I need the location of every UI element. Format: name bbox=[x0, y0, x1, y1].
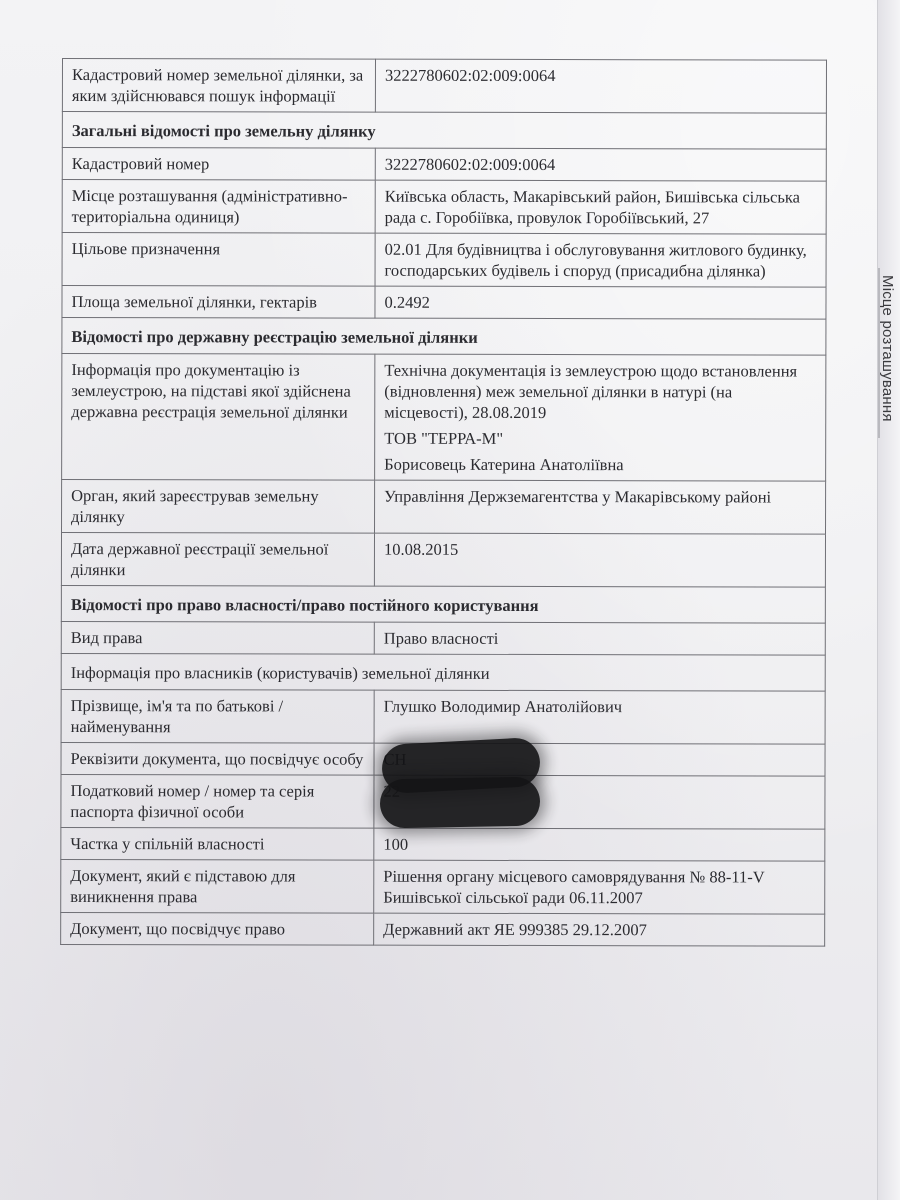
table-row: Місце розташування (адміністративно-тери… bbox=[62, 180, 826, 235]
value-line: Державний акт ЯЕ 999385 29.12.2007 bbox=[383, 919, 816, 941]
section-header: Відомості про державну реєстрацію земель… bbox=[62, 318, 826, 356]
value-line: Право власності bbox=[384, 628, 817, 650]
value-line: Борисовець Катерина Анатоліївна bbox=[384, 454, 817, 476]
adjacent-page-edge bbox=[877, 0, 900, 1200]
field-label: Частка у спільній власності bbox=[61, 827, 374, 860]
section-header-title: Відомості про державну реєстрацію земель… bbox=[62, 318, 826, 356]
field-label: Кадастровий номер bbox=[62, 148, 375, 181]
table-row: Орган, який зареєстрував земельну ділянк… bbox=[62, 480, 826, 535]
field-value: Технічна документація із землеустрою щод… bbox=[375, 354, 826, 481]
subsection-header: Інформація про власників (користувачів) … bbox=[61, 653, 825, 691]
field-label: Прізвище, ім'я та по батькові / найменув… bbox=[61, 689, 374, 743]
field-value: 100 bbox=[374, 828, 825, 861]
value-line: 02.01 Для будівництва і обслуговування ж… bbox=[385, 239, 818, 282]
table-row: Цільове призначення02.01 Для будівництва… bbox=[62, 233, 826, 288]
field-label: Вид права bbox=[61, 621, 374, 654]
value-line: Управління Держземагентства у Макарівськ… bbox=[384, 486, 817, 508]
field-label: Реквізити документа, що посвідчує особу bbox=[61, 742, 374, 775]
field-value-redacted: 22 bbox=[374, 775, 825, 829]
field-value: Право власності bbox=[374, 622, 825, 655]
table-row: Інформація про документацію із землеустр… bbox=[62, 354, 826, 482]
cadastral-info-table: Кадастровий номер земельної ділянки, за … bbox=[60, 58, 827, 947]
value-line: 22 bbox=[383, 781, 816, 803]
field-value: Державний акт ЯЕ 999385 29.12.2007 bbox=[374, 913, 825, 946]
field-value: Київська область, Макарівський район, Би… bbox=[375, 180, 826, 234]
table-row: Документ, що посвідчує правоДержавний ак… bbox=[61, 912, 825, 946]
field-label: Документ, що посвідчує право bbox=[61, 912, 374, 945]
field-value: 02.01 Для будівництва і обслуговування ж… bbox=[375, 233, 826, 287]
field-value: Рішення органу місцевого самоврядування … bbox=[374, 860, 825, 914]
table-row: Документ, який є підставою для виникненн… bbox=[61, 859, 825, 914]
field-value-redacted: СН bbox=[374, 743, 825, 776]
field-label: Дата державної реєстрації земельної діля… bbox=[61, 533, 374, 587]
search-value: 3222780602:02:009:0064 bbox=[375, 59, 826, 113]
section-header-title: Відомості про право власності/право пост… bbox=[61, 585, 825, 623]
value-line: 3222780602:02:009:0064 bbox=[385, 154, 818, 176]
field-value: 3222780602:02:009:0064 bbox=[375, 148, 826, 181]
table-row: Частка у спільній власності100 bbox=[61, 827, 825, 861]
subsection-header-title: Інформація про власників (користувачів) … bbox=[61, 653, 825, 691]
field-label: Податковий номер / номер та серія паспор… bbox=[61, 774, 374, 828]
value-line: Рішення органу місцевого самоврядування … bbox=[383, 866, 816, 909]
value-line: Глушко Володимир Анатолійович bbox=[384, 696, 817, 718]
field-label: Площа земельної ділянки, гектарів bbox=[62, 286, 375, 319]
value-line: 100 bbox=[383, 834, 816, 856]
search-row: Кадастровий номер земельної ділянки, за … bbox=[62, 59, 826, 114]
field-label: Цільове призначення bbox=[62, 233, 375, 287]
table-row: Кадастровий номер3222780602:02:009:0064 bbox=[62, 148, 826, 182]
field-value: Глушко Володимир Анатолійович bbox=[374, 690, 825, 744]
field-value: 0.2492 bbox=[375, 286, 826, 319]
search-label: Кадастровий номер земельної ділянки, за … bbox=[62, 59, 375, 113]
section-header-title: Загальні відомості про земельну ділянку bbox=[62, 112, 826, 150]
field-label: Орган, який зареєстрував земельну ділянк… bbox=[62, 480, 375, 534]
value-line: Київська область, Макарівський район, Би… bbox=[385, 186, 818, 229]
field-value: 10.08.2015 bbox=[374, 533, 825, 587]
field-label: Документ, який є підставою для виникненн… bbox=[61, 859, 374, 913]
value-line: 0.2492 bbox=[384, 292, 817, 314]
table-row: Дата державної реєстрації земельної діля… bbox=[61, 533, 825, 588]
adjacent-page-text: Місце розташування bbox=[879, 275, 896, 422]
value-line: ТОВ "ТЕРРА-М" bbox=[384, 428, 817, 450]
field-label: Місце розташування (адміністративно-тери… bbox=[62, 180, 375, 234]
table-row: Податковий номер / номер та серія паспор… bbox=[61, 774, 825, 829]
section-header: Відомості про право власності/право пост… bbox=[61, 585, 825, 623]
table-row: Реквізити документа, що посвідчує особуС… bbox=[61, 742, 825, 776]
table-row: Площа земельної ділянки, гектарів0.2492 bbox=[62, 286, 826, 320]
value-line: СН bbox=[384, 749, 817, 771]
field-label: Інформація про документацію із землеустр… bbox=[62, 354, 375, 481]
table-row: Прізвище, ім'я та по батькові / найменув… bbox=[61, 689, 825, 744]
value-line: Технічна документація із землеустрою щод… bbox=[384, 360, 817, 424]
value-line: 10.08.2015 bbox=[384, 539, 817, 561]
table-row: Вид праваПраво власності bbox=[61, 621, 825, 655]
section-header: Загальні відомості про земельну ділянку bbox=[62, 112, 826, 150]
field-value: Управління Держземагентства у Макарівськ… bbox=[375, 480, 826, 534]
